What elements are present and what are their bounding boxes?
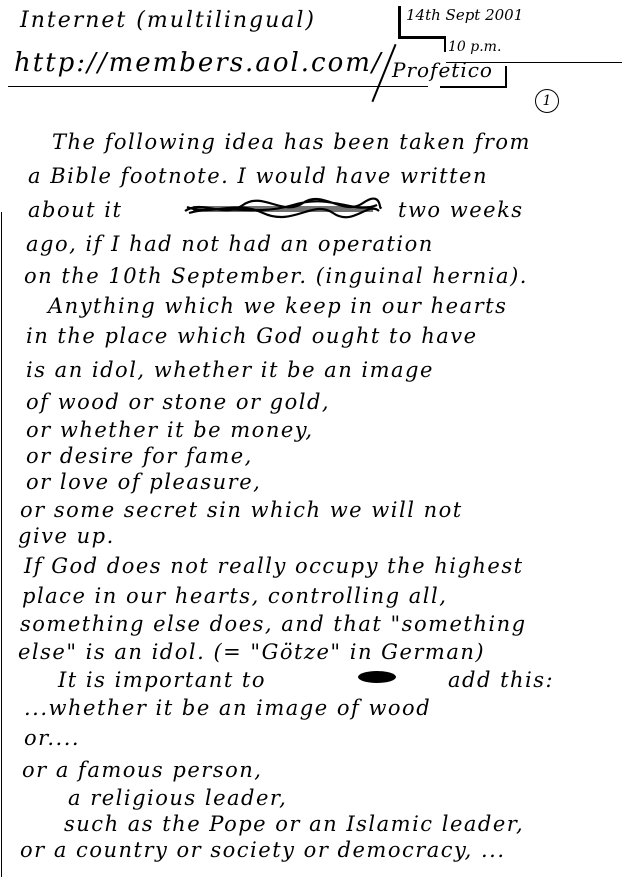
header-time: 10 p.m. bbox=[448, 40, 501, 54]
body-line-13: or some secret sin which we will not bbox=[20, 500, 463, 521]
body-line-20: ...whether it be an image of wood bbox=[24, 698, 431, 719]
body-line-15: If God does not really occupy the highes… bbox=[24, 556, 524, 577]
header-topic: Internet (multilingual) bbox=[20, 10, 316, 32]
body-line-14: give up. bbox=[18, 526, 115, 547]
crossed-out-scribble bbox=[183, 197, 383, 219]
body-line-9: of wood or stone or gold, bbox=[26, 392, 330, 413]
body-line-21: or.... bbox=[24, 728, 80, 749]
body-line-7: in the place which God ought to have bbox=[26, 326, 478, 347]
body-line-18: else" is an idol. (= "Götze" in German) bbox=[18, 642, 485, 663]
body-line-3a: about it bbox=[28, 200, 122, 221]
header-url-suffix: Profetico bbox=[392, 60, 493, 80]
body-line-1: The following idea has been taken from bbox=[52, 132, 531, 153]
body-line-19a: It is important to bbox=[58, 670, 266, 691]
left-margin-line bbox=[1, 212, 2, 877]
body-line-12: or love of pleasure, bbox=[26, 472, 261, 493]
body-line-3b: two weeks bbox=[398, 200, 524, 221]
body-line-17: something else does, and that "something bbox=[20, 614, 527, 635]
url-underline bbox=[8, 86, 428, 87]
body-line-22: or a famous person, bbox=[22, 760, 262, 781]
date-box-left-border bbox=[398, 6, 401, 38]
date-box-top-border bbox=[398, 36, 446, 39]
body-line-24: such as the Pope or an Islamic leader, bbox=[64, 814, 524, 835]
profetico-box-bottom bbox=[440, 86, 507, 88]
crossed-out-scribble-2 bbox=[356, 670, 398, 684]
body-line-10: or whether it be money, bbox=[26, 420, 314, 441]
profetico-box-right bbox=[505, 66, 507, 88]
body-line-5: on the 10th September. (inguinal hernia)… bbox=[24, 266, 528, 287]
body-line-11: or desire for fame, bbox=[26, 446, 253, 467]
body-line-2: a Bible footnote. I would have written bbox=[28, 166, 488, 187]
body-line-25: or a country or society or democracy, ..… bbox=[20, 840, 506, 861]
body-line-4: ago, if I had not had an operation bbox=[26, 234, 434, 255]
body-line-8: is an idol, whether it be an image bbox=[26, 360, 434, 381]
body-line-16: place in our hearts, controlling all, bbox=[22, 586, 447, 607]
page-number: 1 bbox=[535, 89, 559, 113]
header-date: 14th Sept 2001 bbox=[406, 8, 523, 23]
body-line-6: Anything which we keep in our hearts bbox=[48, 296, 507, 317]
date-box-step bbox=[444, 36, 446, 52]
body-line-19b: add this: bbox=[448, 670, 554, 691]
header-url-prefix: http://members.aol.com/ bbox=[14, 50, 383, 76]
body-line-23: a religious leader, bbox=[68, 788, 287, 809]
